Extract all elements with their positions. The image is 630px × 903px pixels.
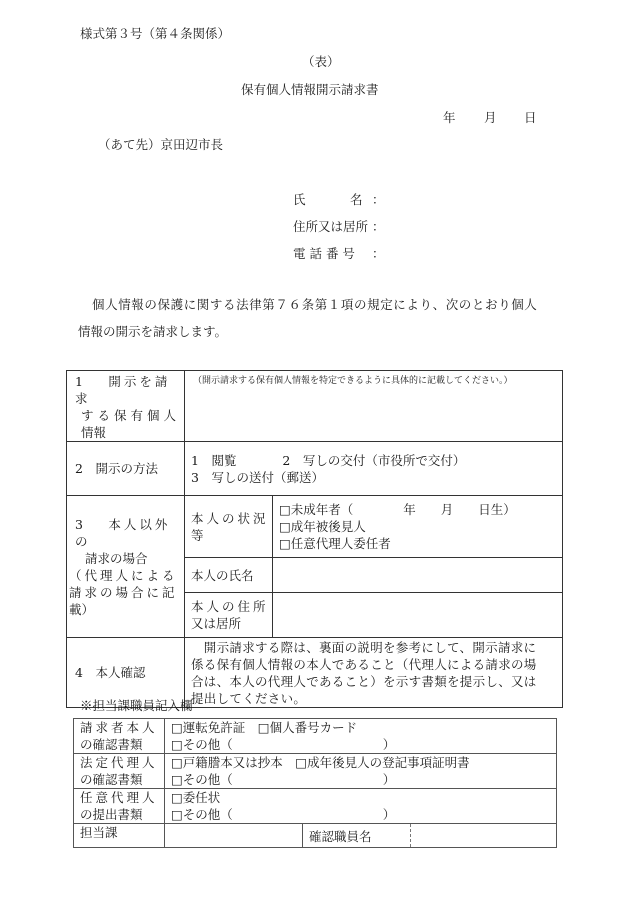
label-line: 等 xyxy=(191,527,272,544)
checkbox-adult-ward[interactable]: □成年被後見人 xyxy=(279,518,556,535)
label-line: 1 開示を請求 xyxy=(75,373,184,407)
label-voluntary-proxy-docs: 任意代理人 の提出書類 xyxy=(74,789,165,824)
identity-check-text: 開示請求する際は、裏面の説明を参考にして、開示請求に 係る保有個人情報の本人であ… xyxy=(185,638,563,708)
label-line: の確認書類 xyxy=(80,736,158,753)
form-number: 様式第３号（第４条関係） xyxy=(80,24,230,42)
label-line: 情報 xyxy=(75,424,184,441)
label-line: 請求者本人 xyxy=(80,719,158,736)
disclosure-method-options: 1 閲覧 2 写しの交付（市役所で交付） 3 写しの送付（郵送） xyxy=(185,442,563,496)
row-person-status: 3 本人以外の 請求の場合 （代理人による 請求の場合に記 載） 本人の状況 等… xyxy=(67,496,563,558)
text-line: 合は、本人の代理人であること）を示す書類を提示し、又は xyxy=(191,673,556,690)
phone-colon: ： xyxy=(372,244,385,262)
staff-section-heading: ※担当課職員記入欄 xyxy=(80,696,193,714)
label-line: （代理人による xyxy=(67,567,184,584)
label-line: の確認書類 xyxy=(80,771,158,788)
label-staff-name: 確認職員名 xyxy=(303,824,411,848)
label-line: 請求の場合に記 xyxy=(67,584,184,601)
label-line: 本人の住所 xyxy=(191,598,272,615)
option-view[interactable]: 1 閲覧 xyxy=(191,453,236,468)
option-copy-pickup[interactable]: 2 写しの交付（市役所で交付） xyxy=(282,453,465,468)
checkbox-line[interactable]: □戸籍謄本又は抄本 □成年後見人の登記事項証明書 xyxy=(171,754,550,771)
date-month-label: 月 xyxy=(484,108,497,126)
staff-row-voluntary-proxy-docs: 任意代理人 の提出書類 □委任状 □その他（ ） xyxy=(74,789,557,824)
staff-name-field[interactable] xyxy=(411,824,557,848)
phone-label: 電 話 番 号 xyxy=(293,244,355,262)
text-line: 開示請求する際は、裏面の説明を参考にして、開示請求に xyxy=(191,639,556,656)
staff-row-requester-docs: 請求者本人 の確認書類 □運転免許証 □個人番号カード □その他（ ） xyxy=(74,719,557,754)
label-line: 請求の場合 xyxy=(67,550,184,567)
department-field[interactable] xyxy=(165,824,303,848)
label-person-status: 本人の状況 等 xyxy=(185,496,273,558)
text-line: 係る保有個人情報の本人であること（代理人による請求の場 xyxy=(191,656,556,673)
person-address-field[interactable] xyxy=(273,593,563,638)
requester-docs-options: □運転免許証 □個人番号カード □その他（ ） xyxy=(165,719,557,754)
row-disclosure-method: 2 開示の方法 1 閲覧 2 写しの交付（市役所で交付） 3 写しの送付（郵送） xyxy=(67,442,563,496)
staff-row-legal-proxy-docs: 法定代理人 の確認書類 □戸籍謄本又は抄本 □成年後見人の登記事項証明書 □その… xyxy=(74,754,557,789)
addressee: （あて先）京田辺市長 xyxy=(98,135,223,153)
checkbox-other[interactable]: □その他（ ） xyxy=(171,806,550,823)
address-label: 住所又は居所 xyxy=(293,217,368,235)
request-table: 1 開示を請求 する保有個人 情報 （開示請求する保有個人情報を特定できるように… xyxy=(66,370,563,708)
requested-info-field[interactable]: （開示請求する保有個人情報を特定できるように具体的に記載してください。） xyxy=(185,371,563,442)
label-line: する保有個人 xyxy=(75,407,184,424)
label-line: の提出書類 xyxy=(80,806,158,823)
label-requester-docs: 請求者本人 の確認書類 xyxy=(74,719,165,754)
staff-row-department: 担当課 確認職員名 xyxy=(74,824,557,848)
checkbox-minor[interactable]: □未成年者（ 年 月 日生） xyxy=(279,501,556,518)
row-requested-info: 1 開示を請求 する保有個人 情報 （開示請求する保有個人情報を特定できるように… xyxy=(67,371,563,442)
requested-info-hint: （開示請求する保有個人情報を特定できるように具体的に記載してください。） xyxy=(185,371,562,392)
date-day-label: 日 xyxy=(524,108,537,126)
checkbox-voluntary-principal[interactable]: □任意代理人委任者 xyxy=(279,535,556,552)
label-line: 載） xyxy=(67,601,184,618)
label-disclosure-method: 2 開示の方法 xyxy=(67,442,185,496)
checkbox-line[interactable]: □運転免許証 □個人番号カード xyxy=(171,719,550,736)
person-name-field[interactable] xyxy=(273,558,563,593)
intro-line-2: 情報の開示を請求します。 xyxy=(78,322,227,340)
legal-proxy-docs-options: □戸籍謄本又は抄本 □成年後見人の登記事項証明書 □その他（ ） xyxy=(165,754,557,789)
label-legal-proxy-docs: 法定代理人 の確認書類 xyxy=(74,754,165,789)
label-person-name: 本人の氏名 xyxy=(185,558,273,593)
address-colon: ： xyxy=(372,217,385,235)
label-department: 担当課 xyxy=(74,824,165,848)
label-line: 又は居所 xyxy=(191,615,272,632)
staff-table: 請求者本人 の確認書類 □運転免許証 □個人番号カード □その他（ ） 法定代理… xyxy=(73,718,557,848)
label-proxy-request: 3 本人以外の 請求の場合 （代理人による 請求の場合に記 載） xyxy=(67,496,185,638)
voluntary-proxy-docs-options: □委任状 □その他（ ） xyxy=(165,789,557,824)
label-line: 3 本人以外の xyxy=(67,516,184,550)
person-status-options: □未成年者（ 年 月 日生） □成年被後見人 □任意代理人委任者 xyxy=(273,496,563,558)
date-year-label: 年 xyxy=(443,108,456,126)
name-label-part1: 氏 xyxy=(293,190,306,208)
name-colon: ： xyxy=(372,190,385,208)
checkbox-line[interactable]: □委任状 xyxy=(171,789,550,806)
label-line: 本人の状況 xyxy=(191,510,272,527)
text-line: 提出してください。 xyxy=(191,690,556,707)
option-copy-mail[interactable]: 3 写しの送付（郵送） xyxy=(191,469,556,486)
checkbox-other[interactable]: □その他（ ） xyxy=(171,736,550,753)
label-requested-info: 1 開示を請求 する保有個人 情報 xyxy=(67,371,185,442)
checkbox-other[interactable]: □その他（ ） xyxy=(171,771,550,788)
label-person-address: 本人の住所 又は居所 xyxy=(185,593,273,638)
label-line: 法定代理人 xyxy=(80,754,158,771)
side-label: （表） xyxy=(302,52,340,70)
page-title: 保有個人情報開示請求書 xyxy=(241,80,379,98)
intro-line-1: 個人情報の保護に関する法律第７６条第１項の規定により、次のとおり個人 xyxy=(92,295,537,313)
label-line: 任意代理人 xyxy=(80,789,158,806)
name-label-part2: 名 xyxy=(350,190,363,208)
